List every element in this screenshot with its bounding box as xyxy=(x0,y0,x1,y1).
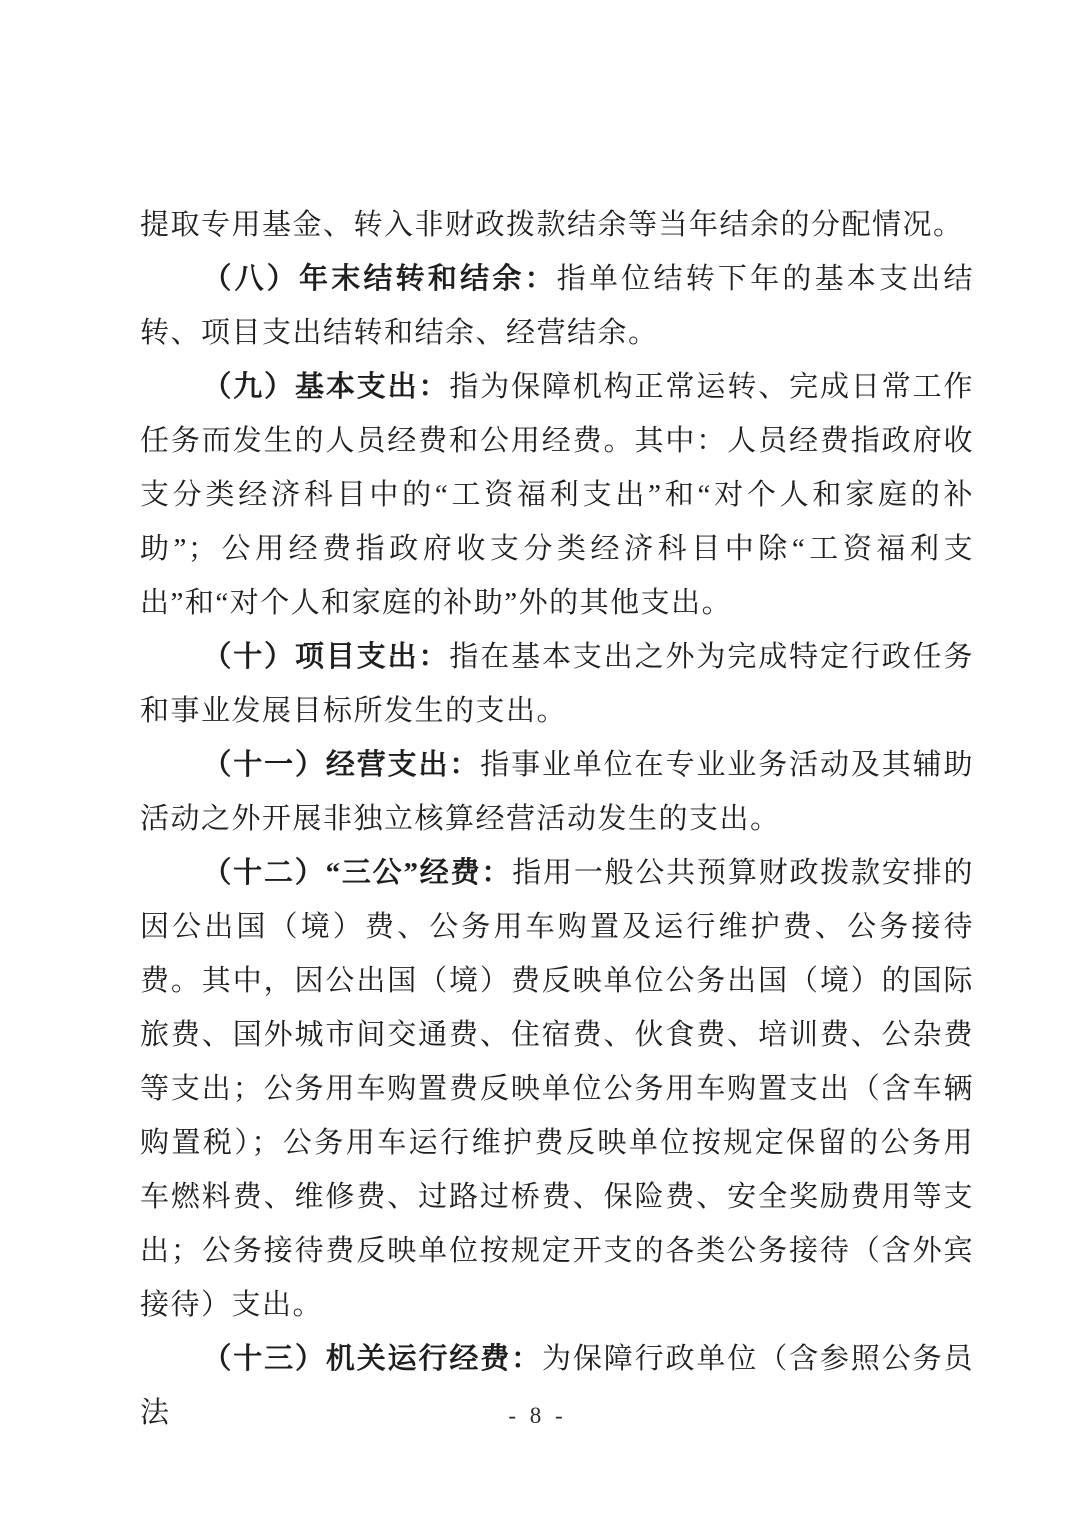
term-label: （十三）机关运行经费： xyxy=(202,1343,542,1375)
paragraph-item-8: （八）年末结转和结余：指单位结转下年的基本支出结转、项目支出结转和结余、经营结余… xyxy=(140,252,974,360)
term-label: （八）年末结转和结余： xyxy=(202,263,556,295)
paragraph-item-12: （十二）“三公”经费：指用一般公共预算财政拨款安排的因公出国（境）费、公务用车购… xyxy=(140,846,974,1332)
paragraph-item-9: （九）基本支出：指为保障机构正常运转、完成日常工作任务而发生的人员经费和公用经费… xyxy=(140,360,974,630)
term-label: （十）项目支出： xyxy=(202,641,449,673)
page-number: - 8 - xyxy=(0,1400,1075,1432)
document-page: 提取专用基金、转入非财政拨款结余等当年结余的分配情况。 （八）年末结转和结余：指… xyxy=(0,0,1075,1520)
term-label: （十二）“三公”经费： xyxy=(202,857,512,889)
term-definition: 指为保障机构正常运转、完成日常工作任务而发生的人员经费和公用经费。其中：人员经费… xyxy=(140,371,974,619)
paragraph-continuation: 提取专用基金、转入非财政拨款结余等当年结余的分配情况。 xyxy=(140,198,974,252)
paragraph-item-11: （十一）经营支出：指事业单位在专业业务活动及其辅助活动之外开展非独立核算经营活动… xyxy=(140,738,974,846)
term-definition: 提取专用基金、转入非财政拨款结余等当年结余的分配情况。 xyxy=(140,209,964,241)
term-label: （十一）经营支出： xyxy=(202,749,480,781)
document-body: 提取专用基金、转入非财政拨款结余等当年结余的分配情况。 （八）年末结转和结余：指… xyxy=(140,198,974,1440)
paragraph-item-10: （十）项目支出：指在基本支出之外为完成特定行政任务和事业发展目标所发生的支出。 xyxy=(140,630,974,738)
term-definition: 指用一般公共预算财政拨款安排的因公出国（境）费、公务用车购置及运行维护费、公务接… xyxy=(140,857,974,1321)
term-label: （九）基本支出： xyxy=(202,371,449,403)
